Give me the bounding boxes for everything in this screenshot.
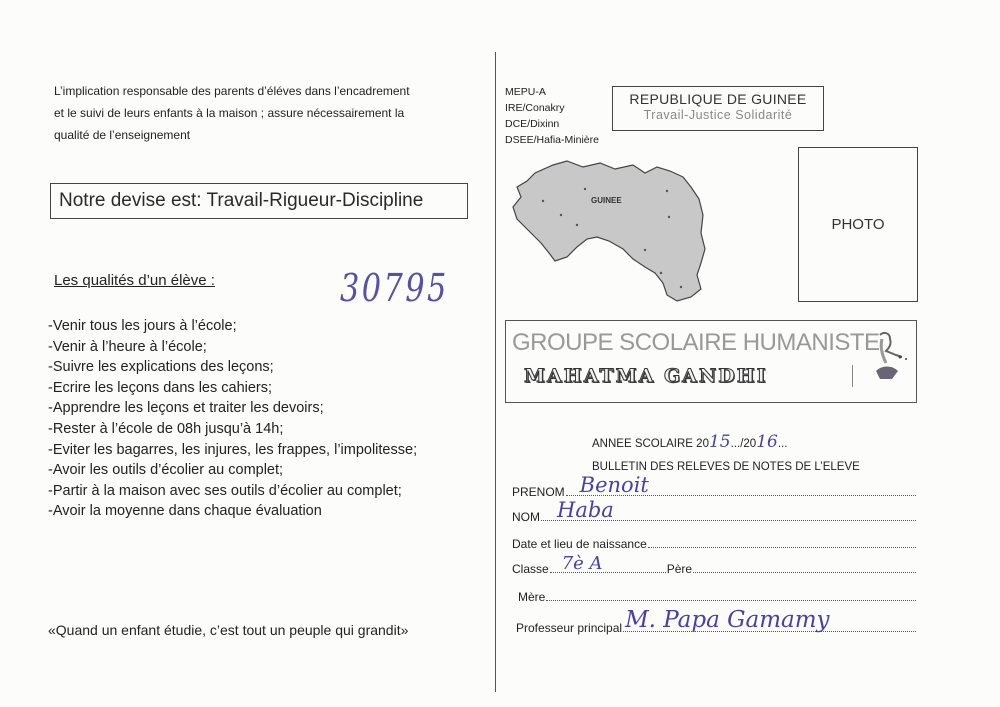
classe-value: 7è A — [562, 553, 603, 574]
parent-involvement-text: L’implication responsable des parents d’… — [54, 80, 474, 146]
quality-item: -Venir à l’heure à l’école; — [48, 337, 417, 358]
prenom-label: PRENOM — [512, 485, 565, 499]
school-year: ANNEE SCOLAIRE 2015.../2016... — [592, 432, 787, 452]
nom-value: Haba — [557, 498, 614, 522]
republic-header-box: REPUBLIQUE DE GUINEE Travail-Justice Sol… — [612, 86, 824, 131]
prenom-field: PRENOM Benoit — [512, 485, 917, 499]
administrative-hierarchy: MEPU-A IRE/Conakry DCE/Dixinn DSEE/Hafia… — [505, 84, 599, 148]
quality-item: -Avoir la moyenne dans chaque évaluation — [48, 501, 417, 522]
quality-item: -Ecrire les leçons dans les cahiers; — [48, 378, 417, 399]
classe-field: Classe 7è A Père — [512, 562, 917, 576]
head-teacher-field: Professeur principal M. Papa Gamamy — [516, 621, 917, 635]
birth-field: Date et lieu de naissance — [512, 537, 917, 551]
pere-label: Père — [667, 562, 692, 576]
quality-item: -Eviter les bagarres, les injures, les f… — [48, 440, 417, 461]
qualities-heading: Les qualités d’un élève : — [54, 272, 215, 289]
head-teacher-value: M. Papa Gamamy — [625, 607, 829, 633]
gandhi-portrait-icon — [862, 327, 912, 387]
admin-line: DCE/Dixinn — [505, 116, 599, 132]
guinea-map-icon: GUINEE — [505, 155, 720, 310]
school-year-start: 15 — [709, 432, 731, 452]
photo-label: PHOTO — [831, 216, 884, 233]
quality-item: -Suivre les explications des leçons; — [48, 357, 417, 378]
qualities-list: -Venir tous les jours à l’école; -Venir … — [48, 316, 417, 522]
mere-field: Mère — [518, 590, 917, 604]
national-motto: Travail-Justice Solidarité — [613, 108, 823, 122]
birth-label: Date et lieu de naissance — [512, 537, 647, 551]
intro-line: L’implication responsable des parents d’… — [54, 80, 474, 102]
handwritten-reference-number: 30795 — [340, 266, 449, 310]
quality-item: -Avoir les outils d’écolier au complet; — [48, 460, 417, 481]
quality-item: -Rester à l’école de 08h jusqu’à 14h; — [48, 419, 417, 440]
republic-title: REPUBLIQUE DE GUINEE — [613, 91, 823, 107]
admin-line: DSEE/Hafia-Minière — [505, 132, 599, 148]
intro-line: et le suivi de leurs enfants à la maison… — [54, 102, 474, 124]
svg-text:GUINEE: GUINEE — [591, 196, 622, 205]
school-year-sep: /20 — [740, 438, 756, 450]
admin-line: IRE/Conakry — [505, 100, 599, 116]
nom-field: NOM Haba — [512, 510, 917, 524]
intro-line: qualité de l’enseignement — [54, 124, 474, 146]
bulletin-title: BULLETIN DES RELEVES DE NOTES DE L’ELEVE — [592, 461, 860, 473]
quality-item: -Apprendre les leçons et traiter les dev… — [48, 398, 417, 419]
school-name-line1: GROUPE SCOLAIRE HUMANISTE — [512, 329, 880, 357]
head-teacher-label: Professeur principal — [516, 621, 622, 635]
photo-placeholder: PHOTO — [798, 147, 918, 302]
school-motto-box: Notre devise est: Travail-Rigueur-Discip… — [50, 183, 468, 219]
quality-item: -Partir à la maison avec ses outils d’éc… — [48, 481, 417, 502]
prenom-value: Benoit — [580, 473, 649, 497]
nom-label: NOM — [512, 510, 540, 524]
closing-quote: «Quand un enfant étudie, c’est tout un p… — [48, 622, 408, 638]
school-name-line2: MAHATMA GANDHI — [524, 365, 768, 387]
classe-label: Classe — [512, 562, 549, 576]
stamp-separator — [852, 365, 853, 387]
admin-line: MEPU-A — [505, 84, 599, 100]
fold-divider — [495, 52, 496, 692]
school-year-label: ANNEE SCOLAIRE 20 — [592, 438, 709, 450]
school-year-end: 16 — [756, 432, 778, 452]
school-stamp: GROUPE SCOLAIRE HUMANISTE MAHATMA GANDHI — [505, 320, 917, 403]
mere-label: Mère — [518, 590, 545, 604]
quality-item: -Venir tous les jours à l’école; — [48, 316, 417, 337]
